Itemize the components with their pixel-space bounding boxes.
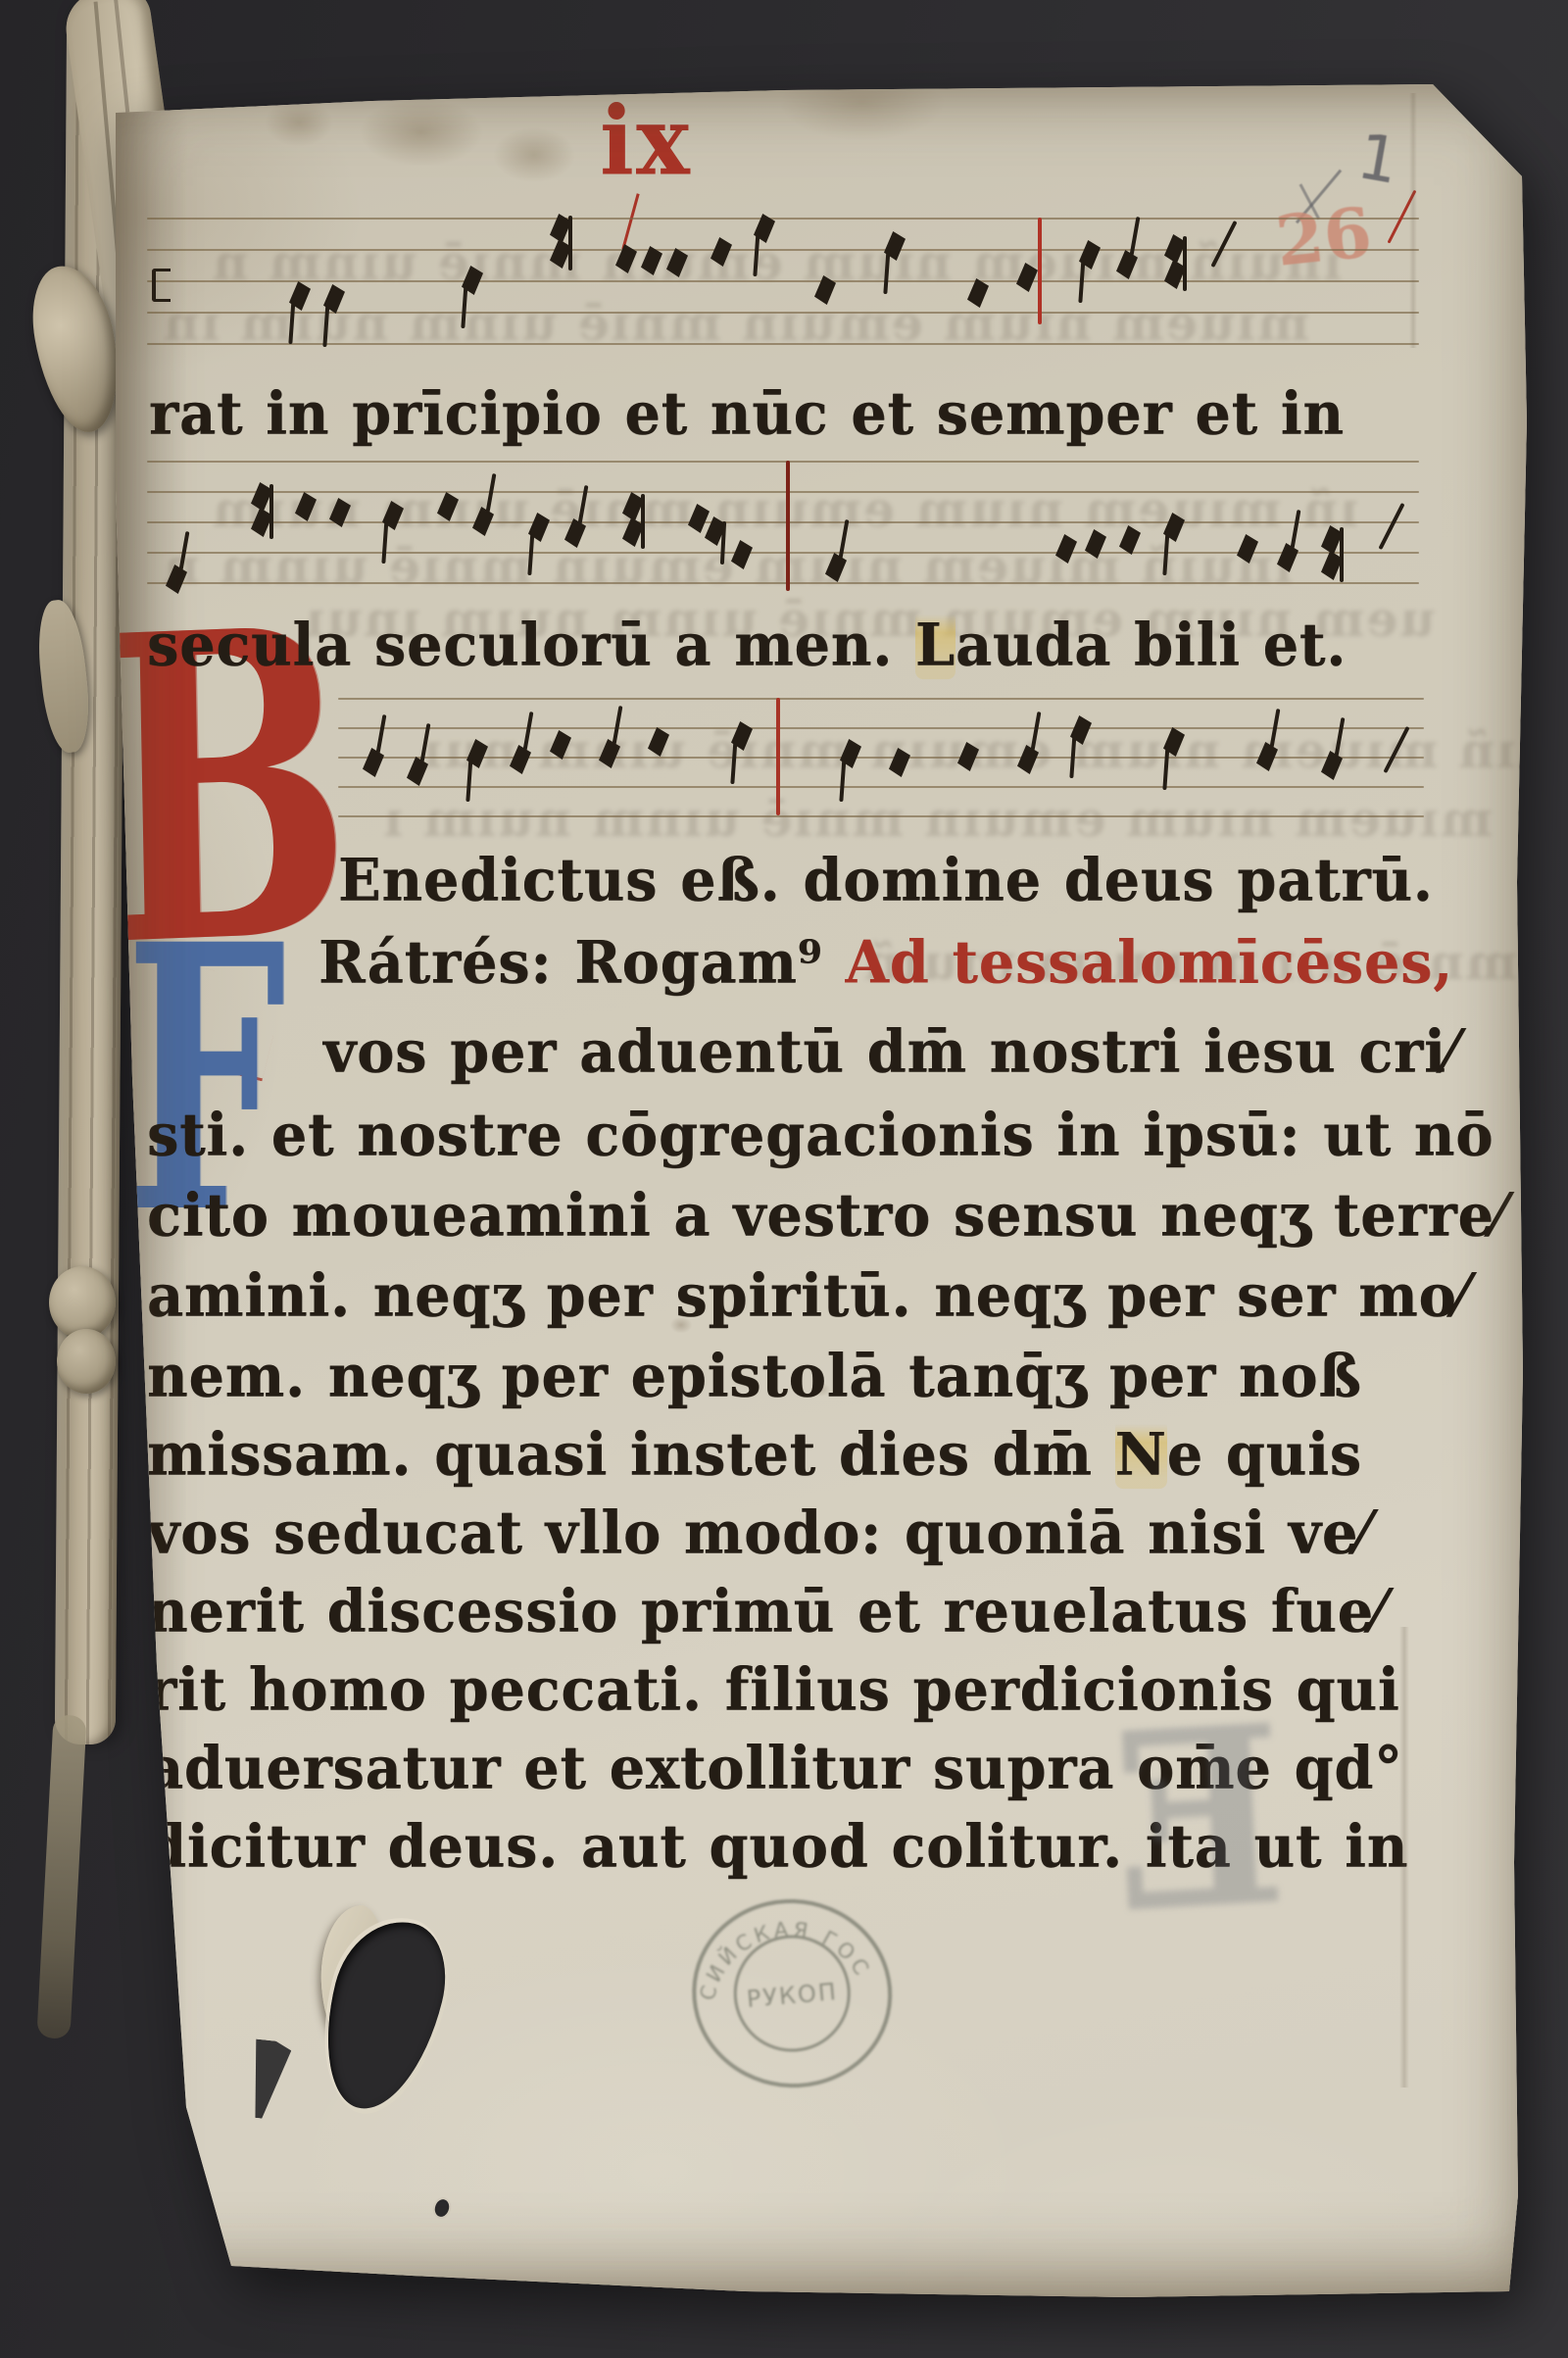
photo-backdrop: ınuıñ mıuem nıum emuın mnıē uınm nmıuem … [0,0,1568,2358]
page-edge-shading [88,80,1539,2303]
manuscript-page: ınuıñ mıuem nıum emuın mnıē uınm nmıuem … [0,0,1568,2358]
manuscript-page-wrap: ınuıñ mıuem nıum emuın mnıē uınm nmıuem … [0,0,1568,2358]
